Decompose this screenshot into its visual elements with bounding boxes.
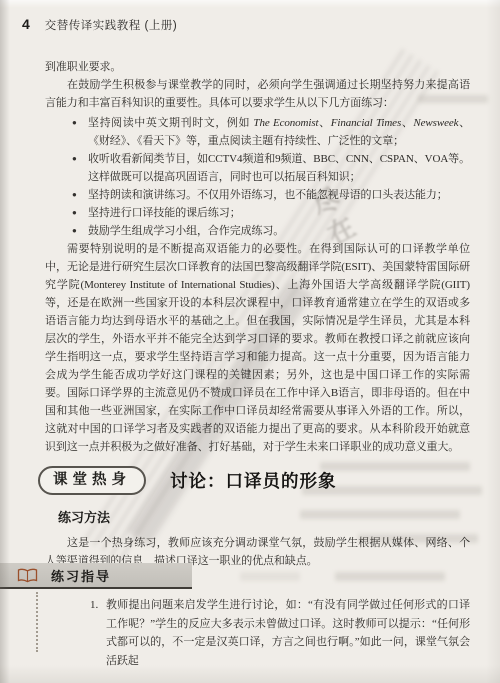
scan-bleed-artifact [335, 572, 445, 581]
guidance-dotted-rule [36, 592, 38, 652]
bullet-text: 鼓励学生组成学习小组，合作完成练习。 [88, 225, 284, 237]
bullet-icon: ● [72, 114, 77, 132]
list-item: ● 坚持进行口译技能的课后练习； [45, 204, 470, 222]
section-header: 课堂热身 讨论：口译员的形象 [38, 466, 470, 495]
list-item: ● 坚持朗读和演讲练习。不仅用外语练习，也不能忽视母语的口头表达能力； [45, 186, 470, 204]
list-item: ● 坚持阅读中英文期刊时文，例如 The Economist、Financial… [45, 114, 470, 150]
item-text: 教师提出问题来启发学生进行讨论，如：“有没有同学做过任何形式的口译工作呢？”学生… [106, 596, 470, 670]
guidance-header-bar: 练习指导 [0, 563, 192, 589]
guidance-list: 1. 教师提出问题来启发学生进行讨论，如：“有没有同学做过任何形式的口译工作呢？… [90, 596, 470, 670]
page-number: 4 [22, 16, 30, 32]
bullet-icon: ● [72, 150, 77, 168]
textbook-page: 尽在 4 交替传译实践教程 (上册) 到准职业要求。 在鼓励学生积极参与课堂教学… [0, 0, 500, 683]
scan-bleed-artifact [240, 572, 300, 581]
practice-bullet-list: ● 坚持阅读中英文期刊时文，例如 The Economist、Financial… [45, 114, 470, 240]
section-title: 讨论：口译员的形象 [170, 472, 337, 490]
paragraph-bilingual-ability: 需要特别说明的是不断提高双语能力的必要性。在得到国际认可的口译教学单位中，无论是… [45, 240, 470, 456]
list-item: 1. 教师提出问题来启发学生进行讨论，如：“有没有同学做过任何形式的口译工作呢？… [90, 596, 470, 670]
guidance-heading: 练习指导 [51, 566, 111, 585]
item-number: 1. [90, 596, 106, 670]
paragraph-intro: 在鼓励学生积极参与课堂教学的同时，必须向学生强调通过长期坚持努力来提高语言能力和… [45, 76, 470, 112]
bullet-icon: ● [72, 186, 77, 204]
list-item: ● 收听收看新闻类节目，如CCTV4频道和9频道、BBC、CNN、CSPAN、V… [45, 150, 470, 186]
bullet-icon: ● [72, 204, 77, 222]
paragraph-continuation: 到准职业要求。 [45, 58, 470, 76]
bullet-text: 坚持朗读和演讲练习。不仅用外语练习，也不能忽视母语的口头表达能力； [88, 189, 448, 201]
bullet-icon: ● [72, 222, 77, 240]
method-heading: 练习方法 [58, 509, 470, 527]
book-title: 交替传译实践教程 (上册) [45, 17, 177, 33]
bullet-text: 坚持进行口译技能的课后练习； [88, 207, 241, 219]
list-item: ● 鼓励学生组成学习小组，合作完成练习。 [45, 222, 470, 240]
bullet-text: 坚持阅读中英文期刊时文，例如 The Economist、Financial T… [88, 117, 470, 147]
page-header: 4 交替传译实践教程 (上册) [22, 16, 177, 33]
open-book-icon [17, 568, 38, 583]
bullet-text: 收听收看新闻类节目，如CCTV4频道和9频道、BBC、CNN、CSPAN、VOA… [88, 153, 470, 183]
main-text-column: 到准职业要求。 在鼓励学生积极参与课堂教学的同时，必须向学生强调通过长期坚持努力… [45, 58, 470, 570]
warmup-badge: 课堂热身 [38, 466, 146, 495]
